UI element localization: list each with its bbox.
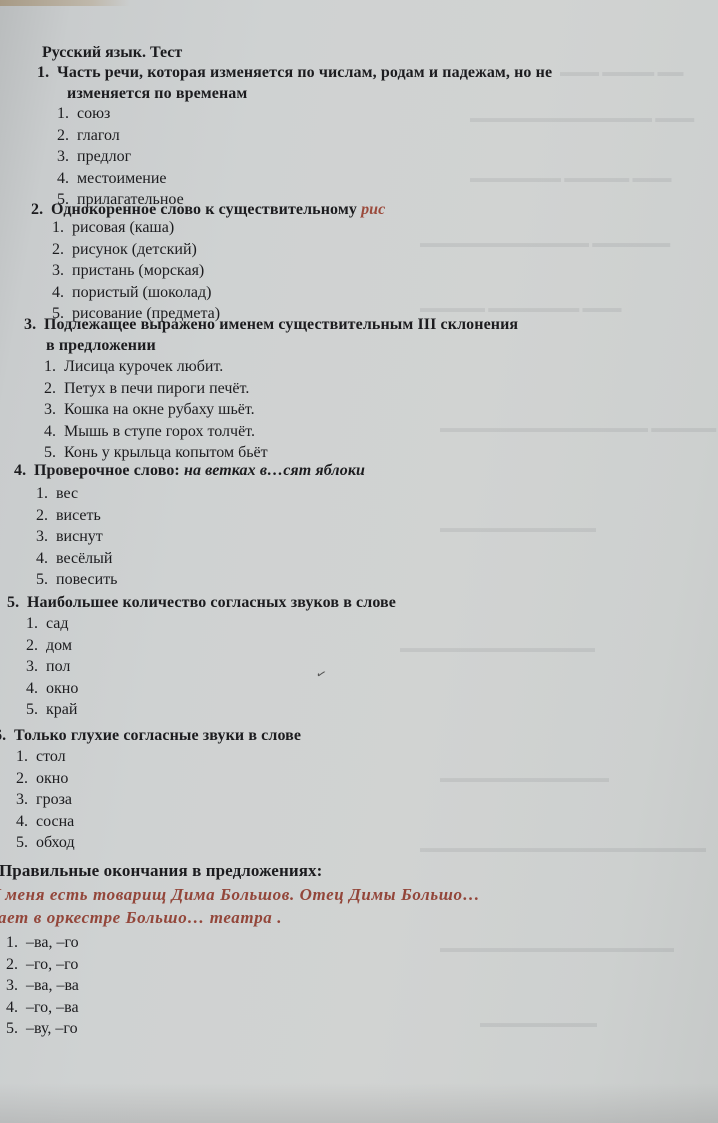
option[interactable]: 2.–го, –го [6, 954, 79, 976]
question-4: 4.Проверочное слово: на ветках в…сят ябл… [14, 460, 674, 481]
show-through-text: ▬▬▬▬▬▬▬▬▬▬▬▬▬▬ ▬▬▬ [470, 110, 694, 126]
question-number: 3. [24, 314, 44, 335]
option[interactable]: 2.окно [16, 768, 75, 790]
paper-edge [0, 0, 130, 6]
option[interactable]: 1.союз [57, 103, 184, 125]
show-through-text: ▬▬▬▬▬▬▬▬▬▬▬▬▬▬▬▬▬▬▬▬▬▬ [420, 840, 706, 856]
question-number: 6. [0, 725, 14, 746]
options-3: 1.Лисица курочек любит. 2.Петух в печи п… [44, 356, 268, 464]
question-text: Только глухие согласные звуки в слове [14, 727, 301, 744]
example-sentence-line-2: играет в оркестре Большо… театра . [0, 908, 282, 928]
option[interactable]: 3.–ва, –ва [6, 975, 79, 997]
question-6: 6.Только глухие согласные звуки в слове [0, 725, 654, 746]
option[interactable]: 3.Кошка на окне рубаху шьёт. [44, 399, 268, 421]
option[interactable]: 5.–ву, –го [6, 1018, 79, 1040]
option[interactable]: 1.–ва, –го [6, 932, 79, 954]
option[interactable]: 2.висеть [36, 505, 117, 527]
option[interactable]: 4.пористый (шоколад) [52, 282, 220, 304]
option[interactable]: 3.предлог [57, 146, 184, 168]
highlighted-word: рис [361, 201, 385, 218]
question-text-continued: изменяется по временам [37, 83, 687, 104]
question-text: Проверочное слово: [34, 462, 184, 479]
options-7: 1.–ва, –го 2.–го, –го 3.–ва, –ва 4.–го, … [6, 932, 79, 1040]
option[interactable]: 1.рисовая (каша) [52, 217, 220, 239]
page-title: Русский язык. Тест [42, 44, 182, 62]
show-through-text: ▬▬▬▬▬▬▬▬▬▬▬▬▬▬▬▬ ▬▬▬▬▬ [440, 420, 716, 436]
question-7: 7.Правильные окончания в предложениях: [0, 860, 686, 881]
pen-tick-mark: ✓ [314, 666, 329, 684]
options-2: 1.рисовая (каша) 2.рисунок (детский) 3.п… [52, 217, 220, 325]
option[interactable]: 4.весёлый [36, 548, 117, 570]
question-number: 4. [14, 460, 34, 481]
option[interactable]: 3.пристань (морская) [52, 260, 220, 282]
option[interactable]: 2.рисунок (детский) [52, 239, 220, 261]
question-number: 5. [7, 592, 27, 613]
show-through-text: ▬▬▬▬▬▬▬▬▬▬▬▬▬ ▬▬▬▬▬▬ [420, 235, 670, 251]
option[interactable]: 1.Лисица курочек любит. [44, 356, 268, 378]
option[interactable]: 4.Мышь в ступе горох толчёт. [44, 421, 268, 443]
question-text: Правильные окончания в предложениях: [0, 861, 322, 880]
option[interactable]: 4.местоимение [57, 168, 184, 190]
option[interactable]: 5.обход [16, 832, 75, 854]
option[interactable]: 5.повесить [36, 569, 117, 591]
option[interactable]: 3.гроза [16, 789, 75, 811]
question-3: 3.Подлежащее выражено именем существител… [24, 314, 684, 356]
show-through-text: ▬▬▬▬▬▬▬▬▬▬▬▬▬ [440, 770, 609, 786]
option[interactable]: 1.вес [36, 483, 117, 505]
option[interactable]: 1.сад [26, 613, 78, 635]
option[interactable]: 3.виснут [36, 526, 117, 548]
option[interactable]: 4.сосна [16, 811, 75, 833]
option[interactable]: 2.дом [26, 635, 78, 657]
show-through-text: ▬▬▬▬▬▬▬ ▬▬▬▬▬ ▬▬▬ [470, 170, 672, 186]
question-text: Часть речи, которая изменяется по числам… [57, 64, 552, 81]
question-text: Наибольшее количество согласных звуков в… [27, 594, 396, 611]
option[interactable]: 2.глагол [57, 125, 184, 147]
question-1: 1.Часть речи, которая изменяется по числ… [37, 62, 687, 104]
question-example-phrase: на ветках в…сят яблоки [184, 462, 365, 479]
option[interactable]: 1.стол [16, 746, 75, 768]
question-text: Подлежащее выражено именем существительн… [44, 316, 518, 333]
options-1: 1.союз 2.глагол 3.предлог 4.местоимение … [57, 103, 184, 211]
show-through-text: ▬▬▬▬▬▬▬▬▬▬▬▬▬▬▬ [400, 640, 595, 656]
question-number: 2. [31, 199, 51, 220]
option[interactable]: 4.окно [26, 678, 78, 700]
question-number: 1. [37, 62, 57, 83]
question-text: Однокоренное слово к существительному [51, 201, 361, 218]
show-through-text: ▬▬▬▬▬▬▬▬▬▬▬▬▬▬▬▬▬▬ [440, 940, 674, 956]
option[interactable]: 4.–го, –ва [6, 997, 79, 1019]
question-text-continued: в предложении [24, 335, 684, 356]
options-6: 1.стол 2.окно 3.гроза 4.сосна 5.обход [16, 746, 75, 854]
photo-shadow [0, 1083, 718, 1123]
options-5: 1.сад 2.дом 3.пол 4.окно 5.край [26, 613, 78, 721]
option[interactable]: 5.край [26, 699, 78, 721]
option[interactable]: 3.пол [26, 656, 78, 678]
options-4: 1.вес 2.висеть 3.виснут 4.весёлый 5.пове… [36, 483, 117, 591]
show-through-text: ▬▬▬▬▬▬▬▬▬▬▬▬ [440, 520, 596, 536]
option[interactable]: 2.Петух в печи пироги печёт. [44, 378, 268, 400]
example-sentence-line-1: У меня есть товарищ Дима Большов. Отец Д… [0, 885, 480, 905]
show-through-text: ▬▬▬▬▬▬▬▬▬ [480, 1015, 597, 1031]
question-5: 5.Наибольшее количество согласных звуков… [7, 592, 667, 613]
